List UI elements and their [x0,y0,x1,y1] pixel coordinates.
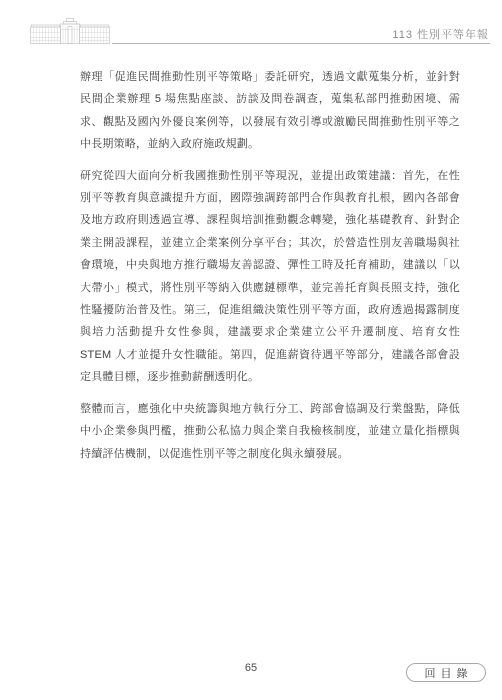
paragraph-1: 辦理「促進民間推動性別平等策略」委託研究，透過文獻蒐集分析，並針對民間企業辦理 … [80,66,460,156]
header-divider-line [112,43,490,44]
page-body-text: 辦理「促進民間推動性別平等策略」委託研究，透過文獻蒐集分析，並針對民間企業辦理 … [80,66,460,474]
report-page: 113 性別平等年報 辦理「促進民間推動性別平等策略」委託研究，透過文獻蒐集分析… [0,0,502,700]
report-header-title: 113 性別平等年報 [392,26,489,42]
back-to-toc-button[interactable]: 回目錄 [406,663,486,682]
government-building-icon [30,17,110,44]
paragraph-3: 整體而言，應強化中央統籌與地方執行分工、跨部會協調及行業盤點，降低中小企業參與門… [80,398,460,465]
paragraph-2: 研究從四大面向分析我國推動性別平等現況，並提出政策建議：首先，在性別平等教育與意… [80,165,460,389]
